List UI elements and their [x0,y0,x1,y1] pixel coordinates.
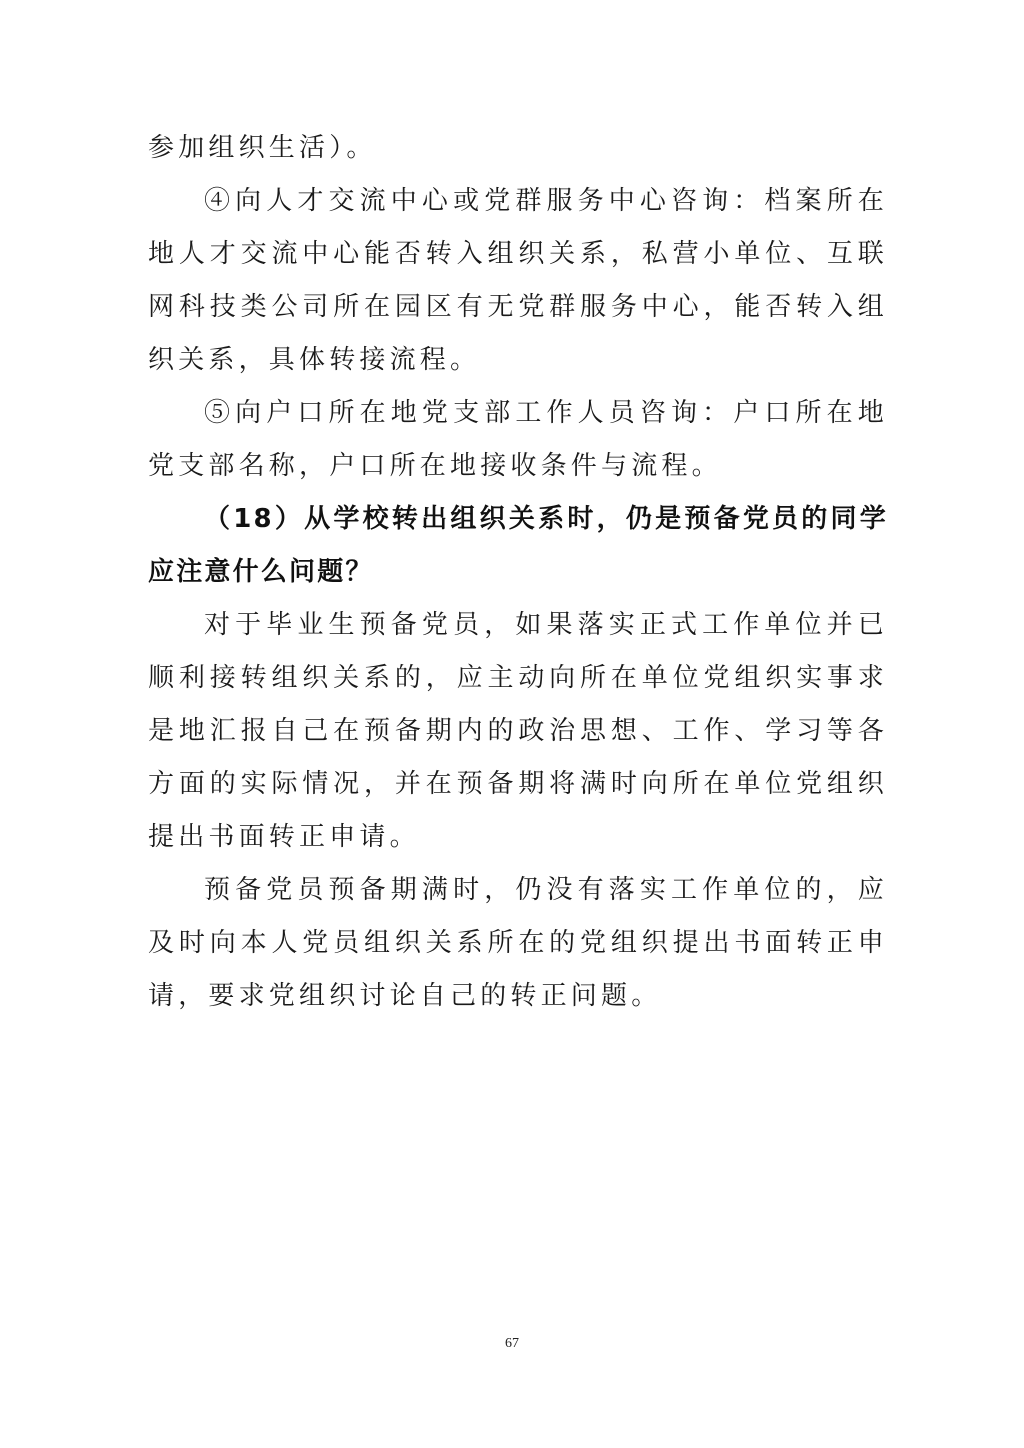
paragraph-item-4: ④向人才交流中心或党群服务中心咨询：档案所在地人才交流中心能否转入组织关系，私营… [148,175,888,387]
paragraph-answer-1: 对于毕业生预备党员，如果落实正式工作单位并已顺利接转组织关系的，应主动向所在单位… [148,599,888,864]
section-heading-18: （18）从学校转出组织关系时，仍是预备党员的同学应注意什么问题？ [148,493,888,599]
paragraph-answer-2: 预备党员预备期满时，仍没有落实工作单位的，应及时向本人党员组织关系所在的党组织提… [148,864,888,1023]
document-page: 参加组织生活）。 ④向人才交流中心或党群服务中心咨询：档案所在地人才交流中心能否… [0,0,1024,1448]
page-content: 参加组织生活）。 ④向人才交流中心或党群服务中心咨询：档案所在地人才交流中心能否… [148,122,888,1023]
paragraph-item-5: ⑤向户口所在地党支部工作人员咨询：户口所在地党支部名称，户口所在地接收条件与流程… [148,387,888,493]
page-number: 67 [0,1336,1024,1352]
paragraph-continuation: 参加组织生活）。 [148,122,888,175]
